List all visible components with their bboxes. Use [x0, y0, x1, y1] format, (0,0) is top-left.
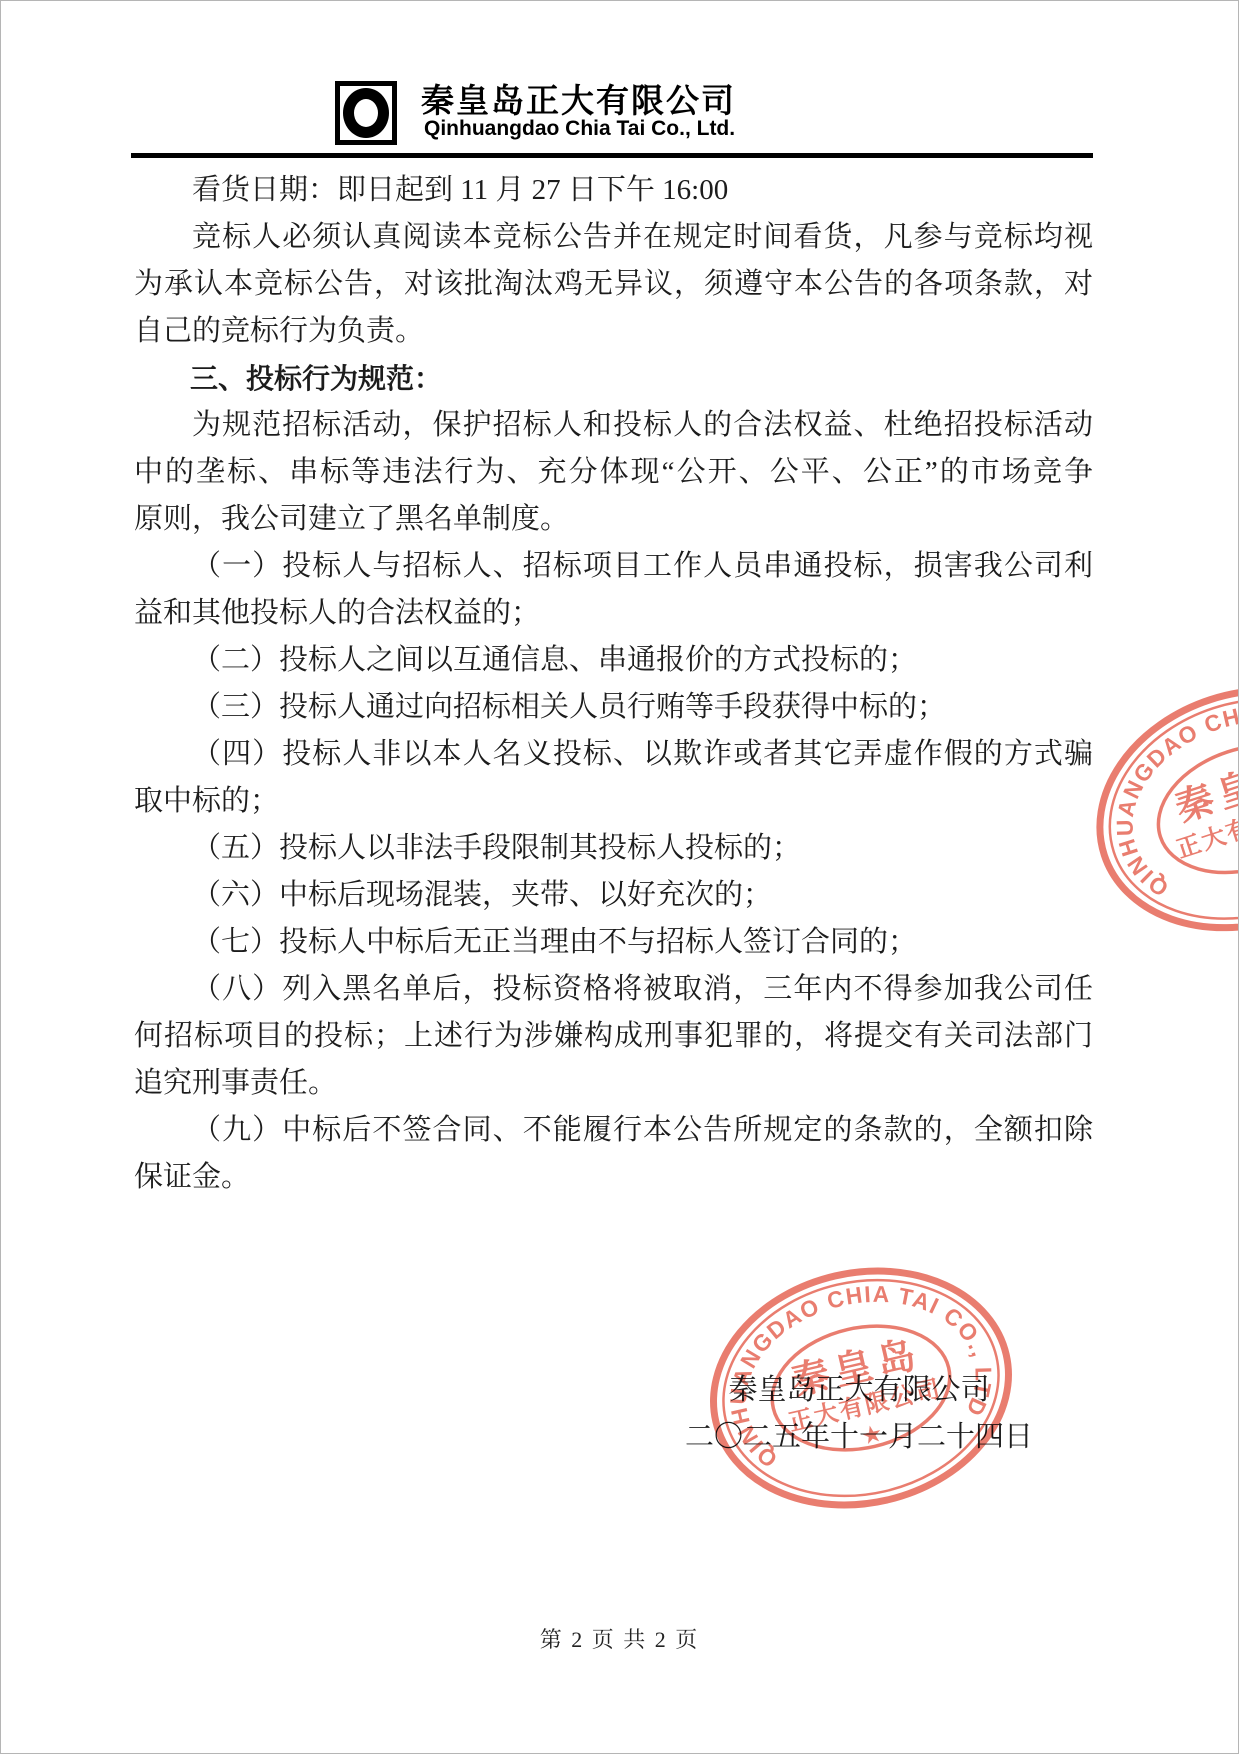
body-line: （七）投标人中标后无正当理由不与招标人签订合同的； — [134, 919, 1093, 966]
body-line: 三、投标行为规范： — [134, 355, 1093, 402]
body-line: 保证金。 — [134, 1154, 1093, 1201]
company-name-english: Qinhuangdao Chia Tai Co., Ltd. — [424, 117, 735, 141]
body-line: 竞标人必须认真阅读本竞标公告并在规定时间看货，凡参与竞标均视 — [134, 214, 1093, 261]
footer-page-number: 第 2 页 共 2 页 — [1, 1623, 1238, 1654]
body-line: 益和其他投标人的合法权益的； — [134, 590, 1093, 637]
body-line: 取中标的； — [134, 778, 1093, 825]
body-line: （八）列入黑名单后，投标资格将被取消，三年内不得参加我公司任 — [134, 966, 1093, 1013]
body-line: （九）中标后不签合同、不能履行本公告所规定的条款的，全额扣除 — [134, 1107, 1093, 1154]
body-line: （三）投标人通过向招标相关人员行贿等手段获得中标的； — [134, 684, 1093, 731]
company-ring-logo-icon — [335, 81, 397, 145]
company-name-chinese: 秦皇岛正大有限公司 — [421, 75, 736, 122]
logo-ring-shape — [343, 88, 389, 138]
seal-arc-text: QINHUANGDAO CHIA TAI CO., LTD. — [1083, 666, 1239, 909]
header-divider-rule — [131, 153, 1093, 158]
body-line: （二）投标人之间以互通信息、串通报价的方式投标的； — [134, 637, 1093, 684]
signature-date: 二〇二五年十一月二十四日 — [619, 1414, 1099, 1461]
body-line: 追究刑事责任。 — [134, 1060, 1093, 1107]
body-line: 何招标项目的投标；上述行为涉嫌构成刑事犯罪的，将提交有关司法部门 — [134, 1013, 1093, 1060]
seal-center-line2: 正大有限公司 — [1173, 789, 1239, 864]
body-line: （五）投标人以非法手段限制其投标人投标的； — [134, 825, 1093, 872]
seal-center-line1: 秦皇岛 — [1171, 750, 1239, 831]
body-line: 为承认本竞标公告，对该批淘汰鸡无异议，须遵守本公告的各项条款，对 — [134, 261, 1093, 308]
body-line: 自己的竞标行为负责。 — [134, 308, 1093, 355]
body-line: （四）投标人非以本人名义投标、以欺诈或者其它弄虚作假的方式骗 — [134, 731, 1093, 778]
svg-text:QINHUANGDAO CHIA TAI CO., LTD.: QINHUANGDAO CHIA TAI CO., LTD. — [1083, 666, 1239, 909]
body-line: 中的垄标、串标等违法行为、充分体现“公开、公平、公正”的市场竞争 — [134, 449, 1093, 496]
signature-block: 秦皇岛正大有限公司 二〇二五年十一月二十四日 — [619, 1367, 1099, 1461]
body-line: （一）投标人与招标人、招标项目工作人员串通投标，损害我公司利 — [134, 543, 1093, 590]
signature-company: 秦皇岛正大有限公司 — [619, 1367, 1099, 1414]
body-line: （六）中标后现场混装，夹带、以好充次的； — [134, 872, 1093, 919]
body-line: 看货日期：即日起到 11 月 27 日下午 16:00 — [134, 167, 1093, 214]
announcement-body: 看货日期：即日起到 11 月 27 日下午 16:00竞标人必须认真阅读本竞标公… — [134, 167, 1093, 1201]
body-line: 原则，我公司建立了黑名单制度。 — [134, 496, 1093, 543]
body-line: 为规范招标活动，保护招标人和投标人的合法权益、杜绝招投标活动 — [134, 402, 1093, 449]
document-page: 秦皇岛正大有限公司 Qinhuangdao Chia Tai Co., Ltd.… — [0, 0, 1239, 1754]
